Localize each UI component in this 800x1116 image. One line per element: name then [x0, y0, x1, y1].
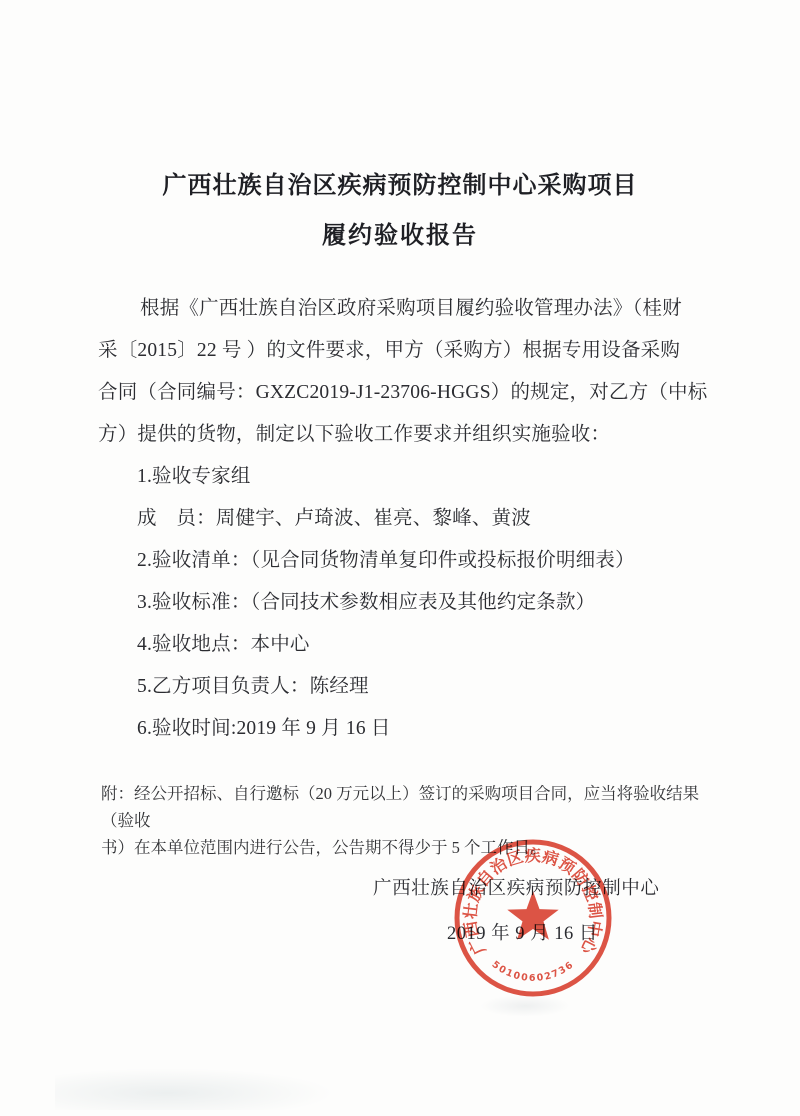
- star-icon: [507, 891, 558, 940]
- doc-title-line1: 广西壮族自治区疾病预防控制中心采购项目: [0, 165, 800, 200]
- body-line: 方）提供的货物，制定以下验收工作要求并组织实施验收：: [98, 414, 710, 456]
- list-item-5-manager: 5.乙方项目负责人：陈经理: [98, 666, 710, 708]
- list-item-3-standard: 3.验收标准：（合同技术参数相应表及其他约定条款）: [98, 582, 710, 624]
- body-line: 采〔2015〕22 号 ）的文件要求，甲方（采购方）根据专用设备采购: [98, 330, 710, 372]
- list-item-members: 成 员：周健宇、卢琦波、崔亮、黎峰、黄波: [98, 498, 710, 540]
- footnote-line: 附：经公开招标、自行邀标（20 万元以上）签订的采购项目合同，应当将验收结果（验…: [101, 780, 713, 834]
- doc-title-line2: 履约验收报告: [0, 215, 800, 250]
- body-line: 根据《广西壮族自治区政府采购项目履约验收管理办法》（桂财: [98, 288, 710, 330]
- list-item-1-expert-group: 1.验收专家组: [98, 456, 710, 498]
- list-item-2-checklist: 2.验收清单：（见合同货物清单复印件或投标报价明细表）: [98, 540, 710, 582]
- list-item-4-location: 4.验收地点：本中心: [98, 624, 710, 666]
- official-seal-stamp: 广西壮族自治区疾病预防控制中心 4501006027365: [448, 833, 618, 1003]
- document-page: 广西壮族自治区疾病预防控制中心采购项目 履约验收报告 根据《广西壮族自治区政府采…: [0, 0, 800, 1116]
- scan-smudge: [55, 1068, 335, 1110]
- list-item-6-date: 6.验收时间:2019 年 9 月 16 日: [98, 708, 710, 750]
- doc-footnote: 附：经公开招标、自行邀标（20 万元以上）签订的采购项目合同，应当将验收结果（验…: [101, 780, 713, 861]
- doc-body: 根据《广西壮族自治区政府采购项目履约验收管理办法》（桂财 采〔2015〕22 号…: [98, 288, 710, 750]
- footnote-line: 书）在本单位范围内进行公告，公告期不得少于 5 个工作日。: [101, 834, 713, 861]
- body-line: 合同（合同编号：GXZC2019-J1-23706-HGGS）的规定，对乙方（中…: [98, 372, 710, 414]
